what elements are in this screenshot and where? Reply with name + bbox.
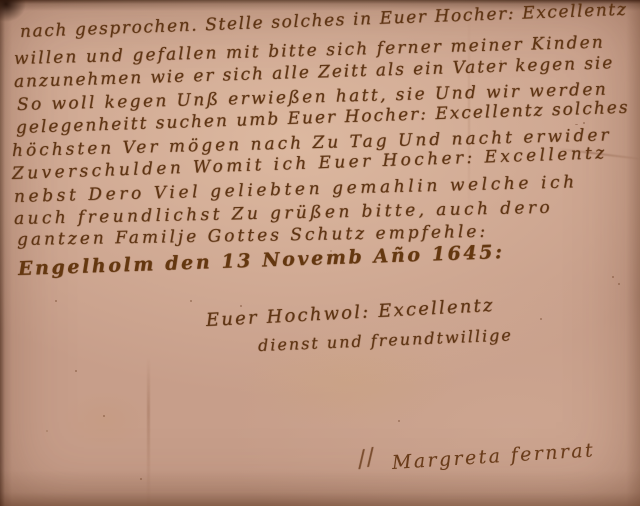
letter-closing-line: dienst und freundtwillige xyxy=(258,325,514,355)
paper-stain-small xyxy=(60,390,150,450)
manuscript-photo: nach gesprochen. Stelle solches in Euer … xyxy=(0,0,640,506)
paper-crease-vertical-bottom xyxy=(147,358,150,506)
signature-flourish: ∕∕ xyxy=(355,444,379,473)
signature: Margreta fernrat xyxy=(391,439,595,474)
letter-closing-line: Euer Hochwol: Excellentz xyxy=(205,295,495,331)
photo-corner-shadow xyxy=(0,0,26,22)
